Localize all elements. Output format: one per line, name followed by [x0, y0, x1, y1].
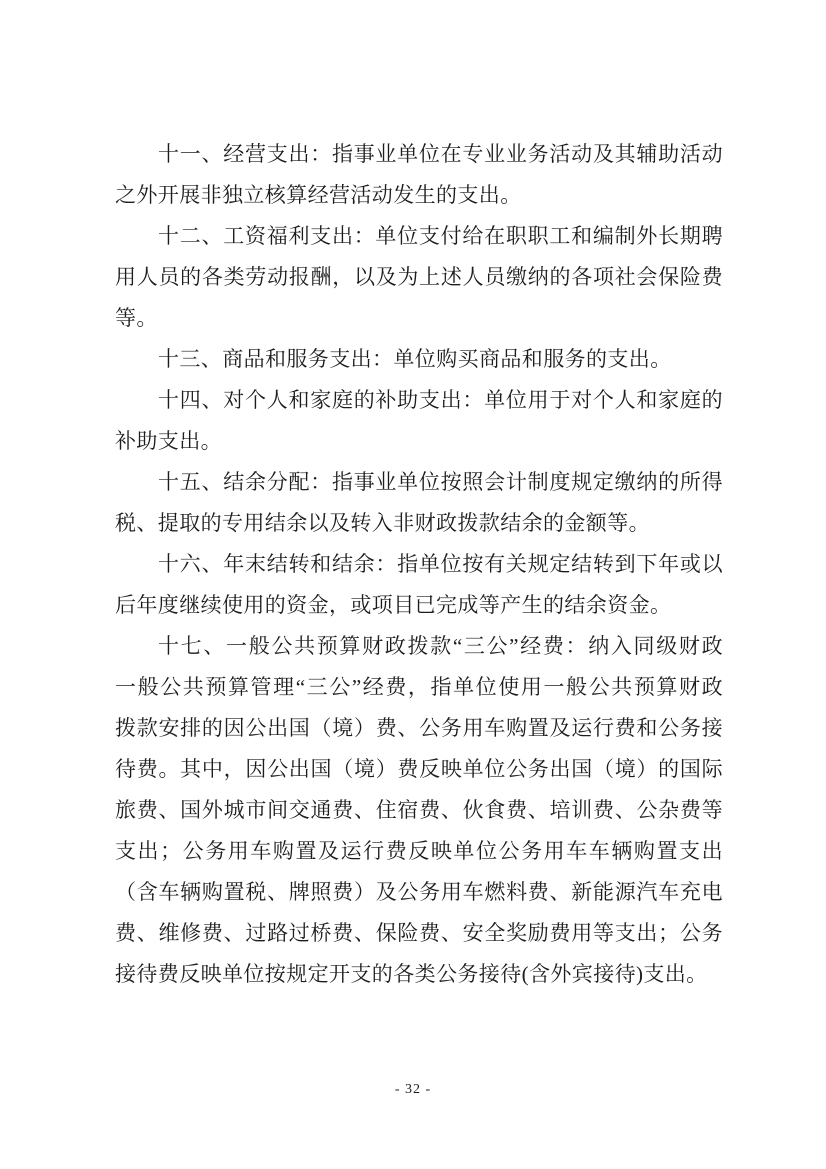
- text-line: 十二、工资福利支出：单位支付给在职职工和编制外长期聘: [115, 216, 723, 257]
- text-line: 旅费、国外城市间交通费、住宿费、伙食费、培训费、公杂费等: [115, 790, 723, 831]
- text-line: 一般公共预算管理“三公”经费，指单位使用一般公共预算财政: [115, 667, 723, 708]
- text-line: 十一、经营支出：指事业单位在专业业务活动及其辅助活动: [115, 134, 723, 175]
- text-line: 十四、对个人和家庭的补助支出：单位用于对个人和家庭的: [115, 380, 723, 421]
- text-line: 补助支出。: [115, 421, 723, 462]
- text-line: 后年度继续使用的资金，或项目已完成等产生的结余资金。: [115, 585, 723, 626]
- text-line: 支出；公务用车购置及运行费反映单位公务用车车辆购置支出: [115, 831, 723, 872]
- text-line: 十三、商品和服务支出：单位购买商品和服务的支出。: [115, 339, 723, 380]
- text-line: 接待费反映单位按规定开支的各类公务接待(含外宾接待)支出。: [115, 954, 723, 995]
- text-line: 税、提取的专用结余以及转入非财政拨款结余的金额等。: [115, 503, 723, 544]
- page-number: - 32 -: [0, 1080, 826, 1100]
- text-line: 十七、一般公共预算财政拨款“三公”经费：纳入同级财政: [115, 626, 723, 667]
- text-line: 十六、年末结转和结余：指单位按有关规定结转到下年或以: [115, 544, 723, 585]
- text-line: 待费。其中，因公出国（境）费反映单位公务出国（境）的国际: [115, 749, 723, 790]
- text-line: 等。: [115, 298, 723, 339]
- text-line: 十五、结余分配：指事业单位按照会计制度规定缴纳的所得: [115, 462, 723, 503]
- document-page: 十一、经营支出：指事业单位在专业业务活动及其辅助活动 之外开展非独立核算经营活动…: [0, 0, 826, 1169]
- text-line: 拨款安排的因公出国（境）费、公务用车购置及运行费和公务接: [115, 708, 723, 749]
- text-line: 用人员的各类劳动报酬，以及为上述人员缴纳的各项社会保险费: [115, 257, 723, 298]
- text-line: 费、维修费、过路过桥费、保险费、安全奖励费用等支出；公务: [115, 913, 723, 954]
- text-line: 之外开展非独立核算经营活动发生的支出。: [115, 175, 723, 216]
- document-body: 十一、经营支出：指事业单位在专业业务活动及其辅助活动 之外开展非独立核算经营活动…: [115, 134, 723, 995]
- text-line: （含车辆购置税、牌照费）及公务用车燃料费、新能源汽车充电: [115, 872, 723, 913]
